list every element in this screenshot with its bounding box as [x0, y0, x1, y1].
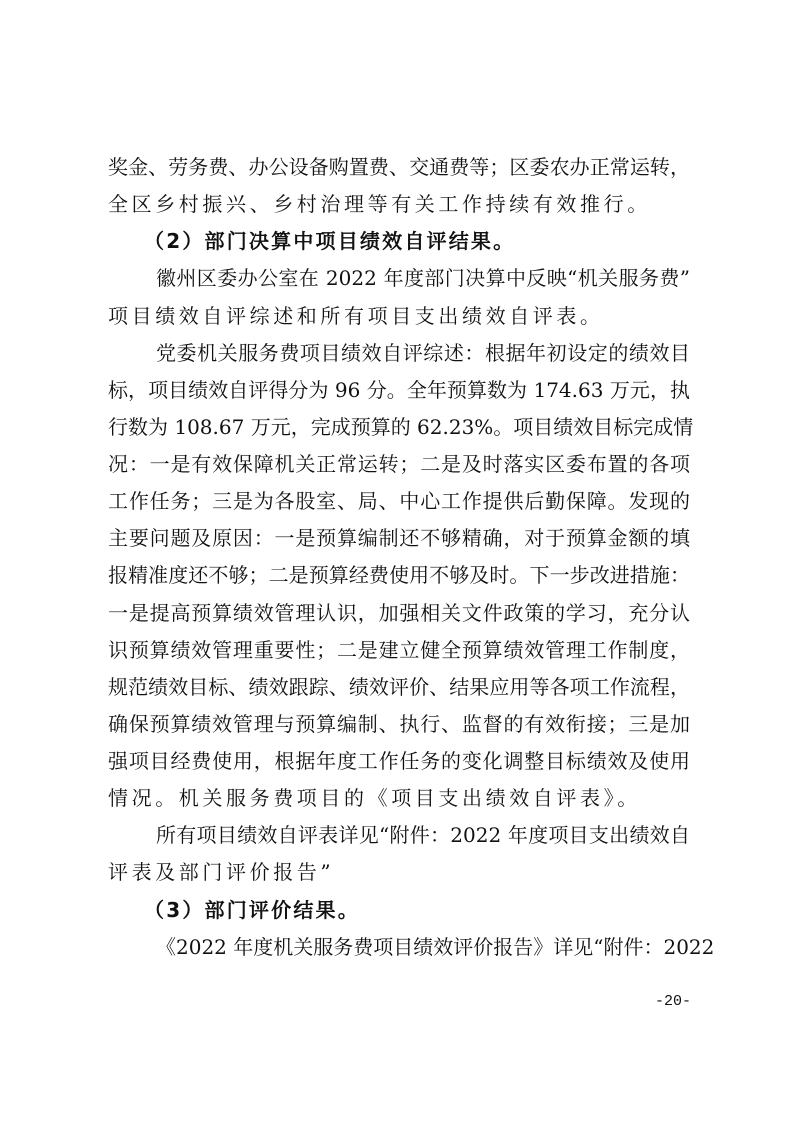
page-number: -20- [655, 993, 691, 1010]
text-line: 识预算绩效管理重要性；二是建立健全预算绩效管理工作制度， [108, 632, 690, 669]
section-heading-2: （2）部门决算中项目绩效自评结果。 [108, 223, 690, 260]
text-line: 全区乡村振兴、乡村治理等有关工作持续有效推行。 [108, 186, 690, 223]
document-body: 奖金、劳务费、办公设备购置费、交通费等；区委农办正常运转， 全区乡村振兴、乡村治… [108, 149, 690, 966]
text-line: 报精准度还不够；二是预算经费使用不够及时。下一步改进措施： [108, 557, 690, 594]
text-line: 情况。机关服务费项目的《项目支出绩效自评表》。 [108, 780, 690, 817]
text-line: 评表及部门评价报告” [108, 854, 690, 891]
text-line: 工作任务；三是为各股室、局、中心工作提供后勤保障。发现的 [108, 483, 690, 520]
text-line: 主要问题及原因：一是预算编制还不够精确，对于预算金额的填 [108, 520, 690, 557]
text-line: 奖金、劳务费、办公设备购置费、交通费等；区委农办正常运转， [108, 149, 690, 186]
text-line: 一是提高预算绩效管理认识，加强相关文件政策的学习，充分认 [108, 595, 690, 632]
paragraph-start: 所有项目绩效自评表详见“附件：2022 年度项目支出绩效自 [108, 817, 690, 854]
document-page: 奖金、劳务费、办公设备购置费、交通费等；区委农办正常运转， 全区乡村振兴、乡村治… [0, 0, 793, 1122]
text-line: 强项目经费使用，根据年度工作任务的变化调整目标绩效及使用 [108, 743, 690, 780]
section-heading-3: （3）部门评价结果。 [108, 892, 690, 929]
text-line: 况：一是有效保障机关正常运转；二是及时落实区委布置的各项 [108, 446, 690, 483]
paragraph-start: 徽州区委办公室在 2022 年度部门决算中反映“机关服务费” [108, 260, 690, 297]
text-line: 确保预算绩效管理与预算编制、执行、监督的有效衔接；三是加 [108, 706, 690, 743]
text-line: 项目绩效自评综述和所有项目支出绩效自评表。 [108, 298, 690, 335]
paragraph-start: 党委机关服务费项目绩效自评综述：根据年初设定的绩效目 [108, 335, 690, 372]
text-line: 行数为 108.67 万元，完成预算的 62.23%。项目绩效目标完成情 [108, 409, 690, 446]
text-line: 标，项目绩效自评得分为 96 分。全年预算数为 174.63 万元，执 [108, 372, 690, 409]
text-line: 规范绩效目标、绩效跟踪、绩效评价、结果应用等各项工作流程， [108, 669, 690, 706]
paragraph-start: 《2022 年度机关服务费项目绩效评价报告》详见“附件：2022 [108, 929, 690, 966]
